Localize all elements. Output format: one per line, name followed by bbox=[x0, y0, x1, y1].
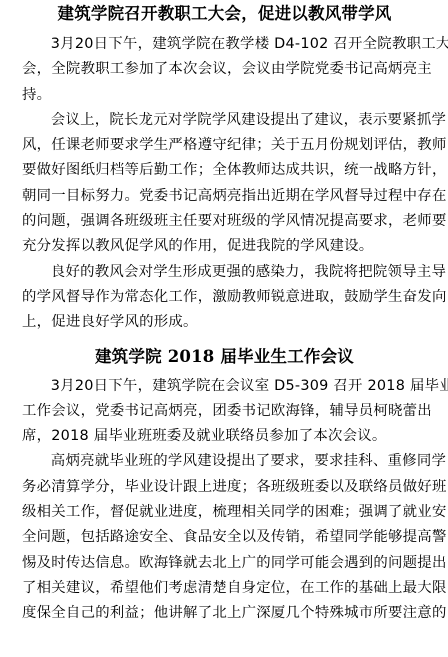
document-page: 建筑学院召开教职工大会，促进以教风带学风 3月20日下午，建筑学院在教学楼 D4… bbox=[22, 0, 427, 627]
text-line: 务必清算学分，毕业设计跟上进度；各班级班委以及联络员做好班 bbox=[22, 475, 427, 500]
text-line: 全问题，包括路途安全、食品安全以及传销，希望同学能够提高警 bbox=[22, 525, 427, 550]
text-line: 级相关工作，督促就业进度，梳理相关同学的困难；强调了就业安 bbox=[22, 500, 427, 525]
text-line: 朝同一目标努力。党委书记高炳亮指出近期在学风督导过程中存在 bbox=[22, 184, 427, 209]
text-line: 风，任课老师要求学生严格遵守纪律；关于五月份规划评估，教师 bbox=[22, 133, 427, 158]
text-line: 会议上，院长龙元对学院学风建设提出了建议，表示要紧抓学 bbox=[22, 108, 427, 133]
article-1-title: 建筑学院召开教职工大会，促进以教风带学风 bbox=[22, 0, 427, 28]
text-line: 充分发挥以教风促学风的作用，促进我院的学风建设。 bbox=[22, 234, 427, 259]
article-2-paragraph-2: 高炳亮就毕业班的学风建设提出了要求，要求挂科、重修同学 务必清算学分，毕业设计跟… bbox=[22, 449, 427, 626]
article-2-paragraph-1: 3月20日下午，建筑学院在会议室 D5-309 召开 2018 届毕业生 工作会… bbox=[22, 374, 427, 450]
text-line: 持。 bbox=[22, 83, 427, 108]
text-line: 高炳亮就毕业班的学风建设提出了要求，要求挂科、重修同学 bbox=[22, 449, 427, 474]
article-2-title: 建筑学院 2018 届毕业生工作会议 bbox=[22, 340, 427, 374]
text-line: 3月20日下午，建筑学院在会议室 D5-309 召开 2018 届毕业生 bbox=[22, 374, 427, 399]
text-line: 了相关建议，希望他们考虑清楚自身定位，在工作的基础上最大限 bbox=[22, 576, 427, 601]
article-1-paragraph-3: 良好的教风会对学生形成更强的感染力，我院将把院领导主导 的学风督导作为常态化工作… bbox=[22, 260, 427, 336]
text-line: 度保全自己的利益；他讲解了北上广深厦几个特殊城市所要注意的 bbox=[22, 601, 427, 626]
text-line: 工作会议，党委书记高炳亮，团委书记欧海锋，辅导员柯晓蕾出 bbox=[22, 399, 427, 424]
article-1-paragraph-1: 3月20日下午，建筑学院在教学楼 D4-102 召开全院教职工大 会，全院教职工… bbox=[22, 32, 427, 108]
text-line: 3月20日下午，建筑学院在教学楼 D4-102 召开全院教职工大 bbox=[22, 32, 427, 57]
text-line: 要做好图纸归档等后勤工作；全体教师达成共识，统一战略方针， bbox=[22, 158, 427, 183]
text-line: 惕及时传达信息。欧海锋就去北上广的同学可能会遇到的问题提出 bbox=[22, 551, 427, 576]
text-line: 良好的教风会对学生形成更强的感染力，我院将把院领导主导 bbox=[22, 260, 427, 285]
text-line: 上，促进良好学风的形成。 bbox=[22, 310, 427, 335]
text-line: 的问题，强调各班级班主任要对班级的学风情况提高要求，老师要 bbox=[22, 209, 427, 234]
text-line: 的学风督导作为常态化工作，激励教师锐意进取，鼓励学生奋发向 bbox=[22, 285, 427, 310]
text-line: 会，全院教职工参加了本次会议，会议由学院党委书记高炳亮主 bbox=[22, 57, 427, 82]
article-1-paragraph-2: 会议上，院长龙元对学院学风建设提出了建议，表示要紧抓学 风，任课老师要求学生严格… bbox=[22, 108, 427, 260]
text-line: 席，2018 届毕业班班委及就业联络员参加了本次会议。 bbox=[22, 424, 427, 449]
